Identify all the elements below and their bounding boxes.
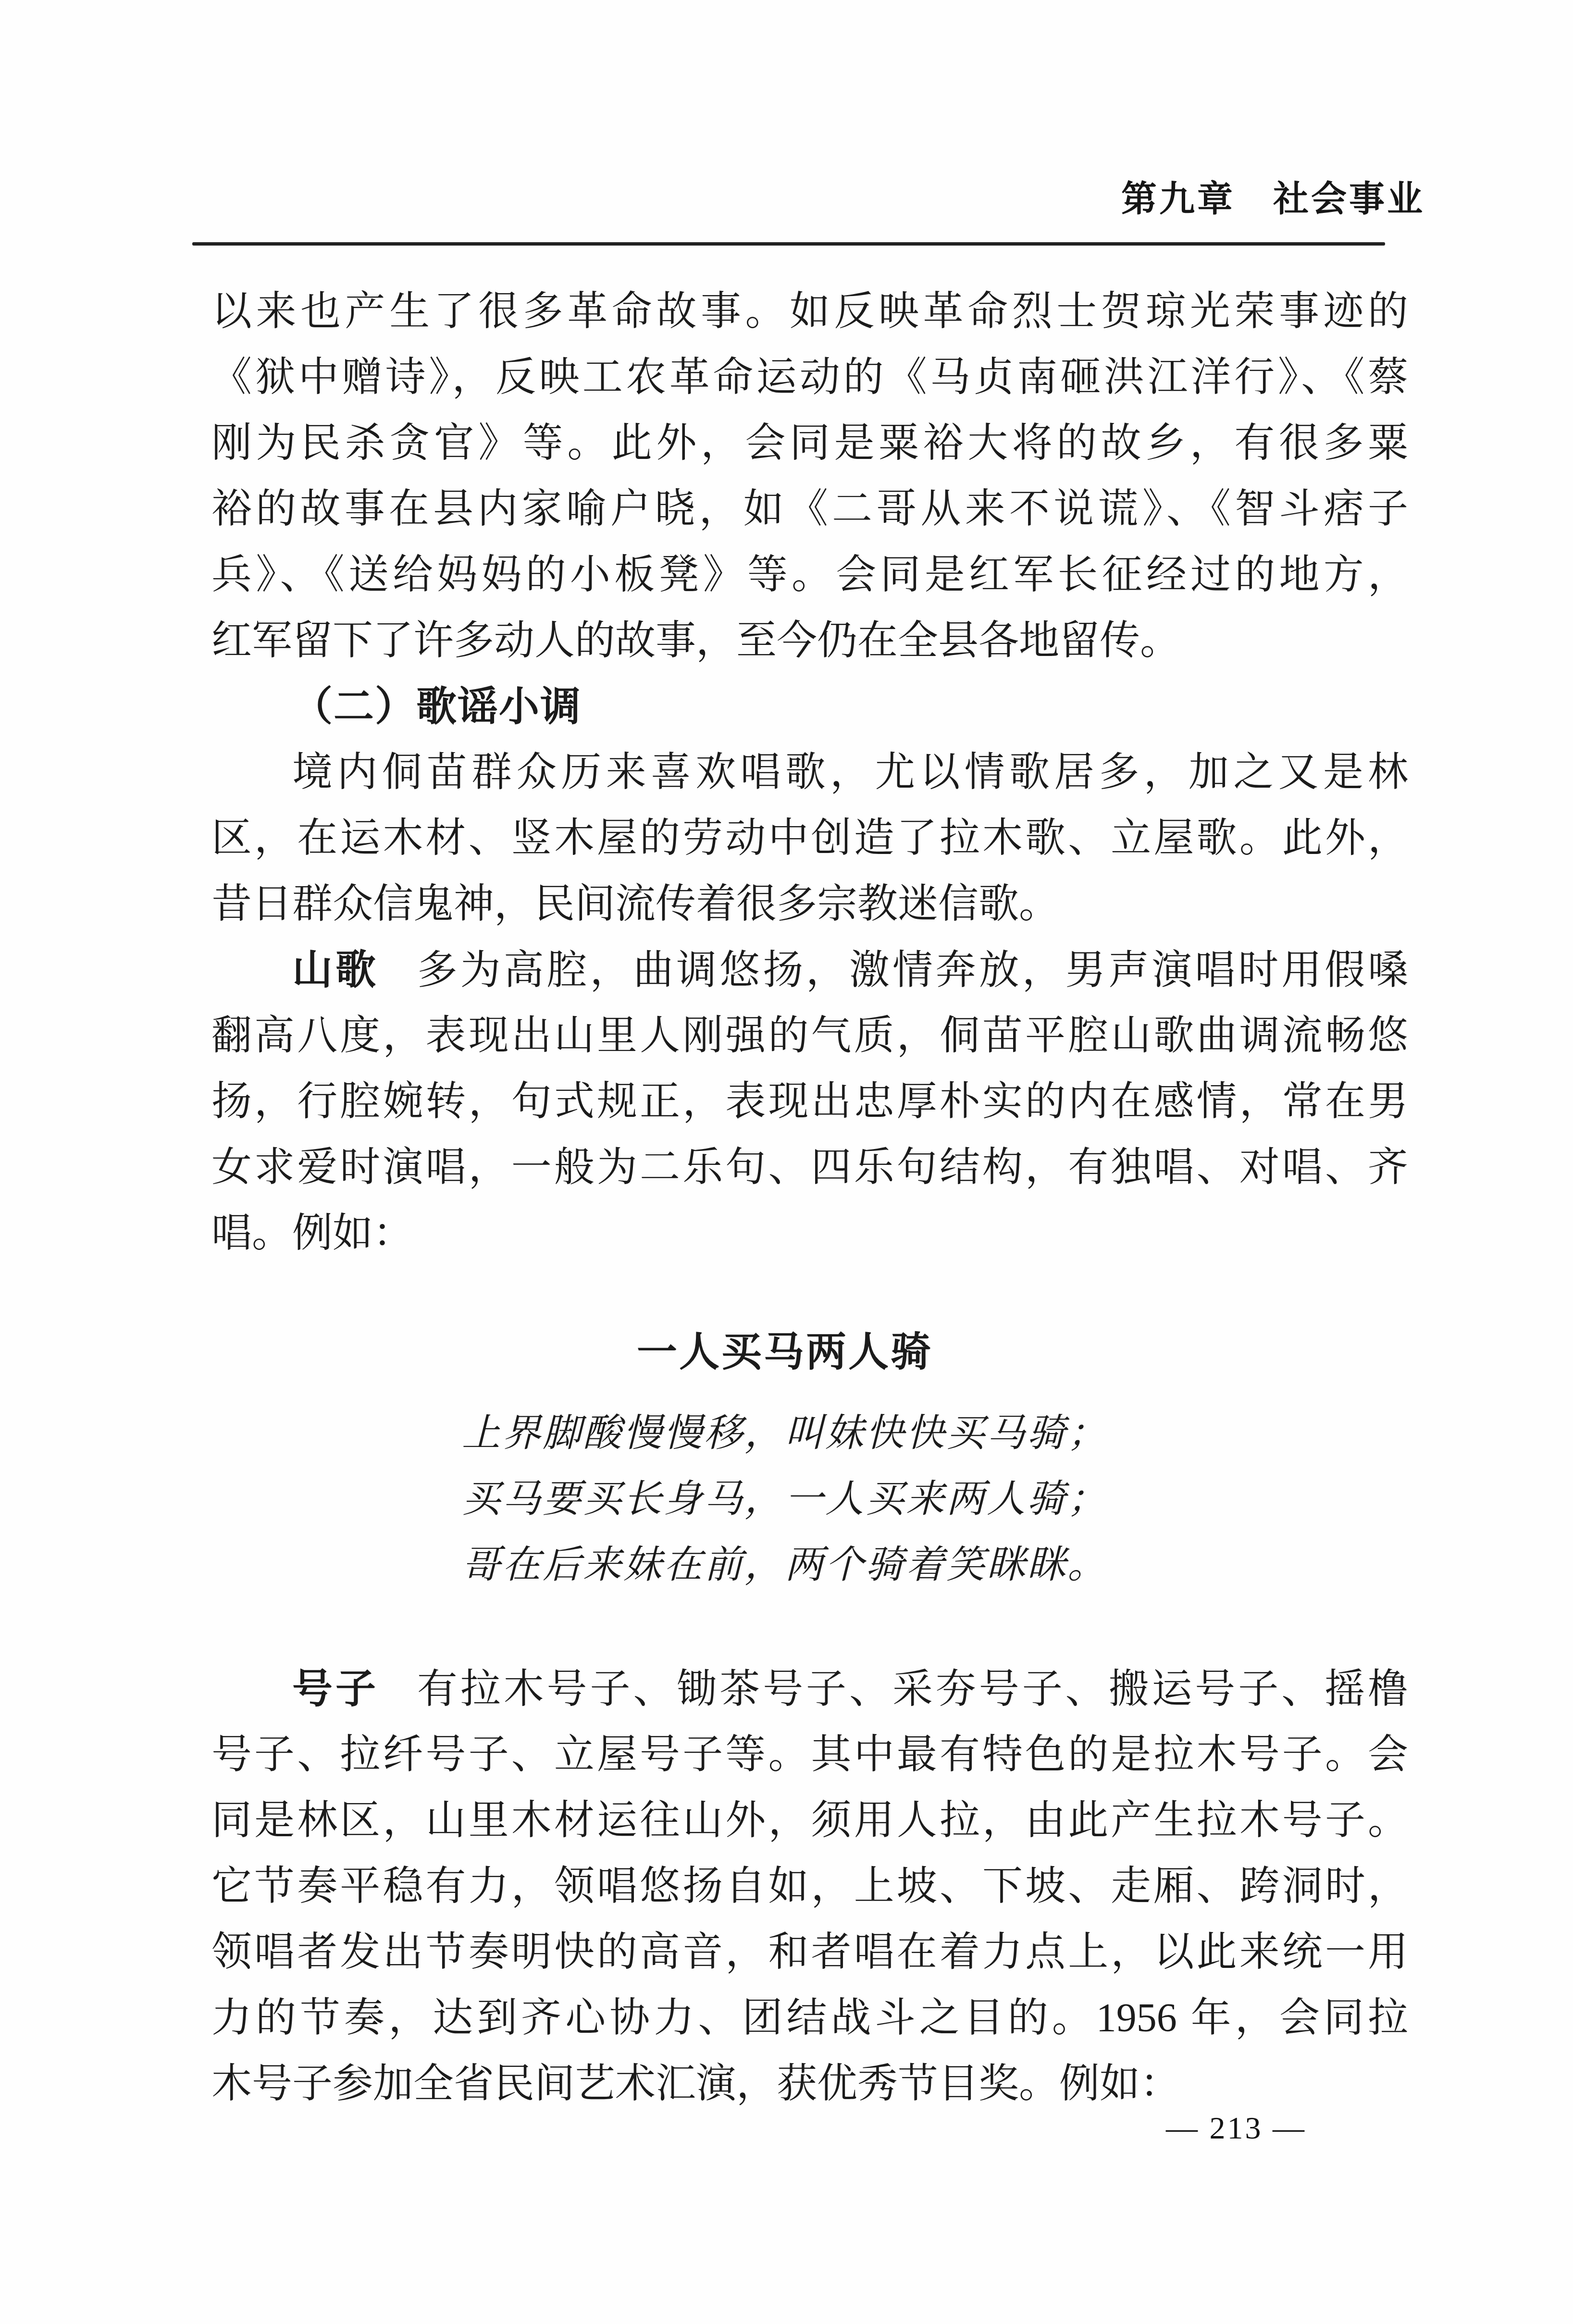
poem-line: 上界脚酸慢慢移，叫妹快快买马骑； bbox=[186, 1401, 1383, 1467]
text-line: 翻高八度，表现出山里人刚强的气质，侗苗平腔山歌曲调流畅悠 bbox=[211, 1003, 1408, 1069]
text-line: 以来也产生了很多革命故事。如反映革命烈士贺琼光荣事迹的 bbox=[211, 279, 1408, 345]
page-number: — 213 — bbox=[1102, 2113, 1371, 2144]
text-line: 兵》、《送给妈妈的小板凳》等。会同是红军长征经过的地方， bbox=[211, 542, 1408, 608]
section-heading: （二）歌谣小调 bbox=[211, 674, 1408, 740]
text-line: 它节奏平稳有力，领唱悠扬自如，上坡、下坡、走厢、跨洞时， bbox=[211, 1854, 1408, 1919]
text-line: 境内侗苗群众历来喜欢唱歌，尤以情歌居多，加之又是林 bbox=[211, 740, 1408, 805]
text-line: 红军留下了许多动人的故事，至今仍在全县各地留传。 bbox=[211, 608, 1408, 674]
text-line: 力的节奏，达到齐心协力、团结战斗之目的。1956 年，会同拉 bbox=[211, 1985, 1408, 2051]
book-page: 第九章 社会事业 以来也产生了很多革命故事。如反映革命烈士贺琼光荣事迹的 《狱中… bbox=[0, 0, 1573, 2324]
text-line: 号子、拉纤号子、立屋号子等。其中最有特色的是拉木号子。会 bbox=[211, 1722, 1408, 1788]
poem-line: 哥在后来妹在前，两个骑着笑眯眯。 bbox=[186, 1533, 1383, 1598]
text-line: 昔日群众信鬼神，民间流传着很多宗教迷信歌。 bbox=[211, 871, 1408, 937]
text-line: 裕的故事在县内家喻户晓，如《二哥从来不说谎》、《智斗痞子 bbox=[211, 476, 1408, 542]
poem-lines: 上界脚酸慢慢移，叫妹快快买马骑； 买马要买长身马，一人买来两人骑； 哥在后来妹在… bbox=[186, 1401, 1383, 1598]
text-line: 女求爱时演唱，一般为二乐句、四乐句结构，有独唱、对唱、齐 bbox=[211, 1135, 1408, 1200]
text-line: 同是林区，山里木材运往山外，须用人拉，由此产生拉木号子。 bbox=[211, 1788, 1408, 1854]
term-shange: 山歌 bbox=[292, 947, 379, 992]
text-line: 扬，行腔婉转，句式规正，表现出忠厚朴实的内在感情，常在男 bbox=[211, 1069, 1408, 1135]
header-rule bbox=[192, 242, 1385, 246]
text-line: 区，在运木材、竖木屋的劳动中创造了拉木歌、立屋歌。此外， bbox=[211, 805, 1408, 871]
text-line: 木号子参加全省民间艺术汇演，获优秀节目奖。例如： bbox=[211, 2051, 1408, 2117]
text-line: 号子有拉木号子、锄茶号子、采夯号子、搬运号子、摇橹 bbox=[211, 1656, 1408, 1722]
text-column: 以来也产生了很多革命故事。如反映革命烈士贺琼光荣事迹的 《狱中赠诗》，反映工农革… bbox=[211, 279, 1408, 2117]
text-line: 山歌多为高腔，曲调悠扬，激情奔放，男声演唱时用假嗓 bbox=[211, 937, 1408, 1003]
paragraph-shange: 山歌多为高腔，曲调悠扬，激情奔放，男声演唱时用假嗓 翻高八度，表现出山里人刚强的… bbox=[211, 937, 1408, 1266]
text-line: 《狱中赠诗》，反映工农革命运动的《马贞南砸洪江洋行》、《蔡 bbox=[211, 345, 1408, 410]
term-haozi: 号子 bbox=[292, 1666, 379, 1711]
text-run: 多为高腔，曲调悠扬，激情奔放，男声演唱时用假嗓 bbox=[417, 948, 1408, 993]
text-line: 刚为民杀贪官》等。此外，会同是粟裕大将的故乡，有很多粟 bbox=[211, 410, 1408, 476]
running-head: 第九章 社会事业 bbox=[1121, 182, 1425, 217]
text-run: 有拉木号子、锄茶号子、采夯号子、搬运号子、摇橹 bbox=[417, 1667, 1408, 1712]
text-line: 领唱者发出节奏明快的高音，和者唱在着力点上，以此来统一用 bbox=[211, 1919, 1408, 1985]
poem-line: 买马要买长身马，一人买来两人骑； bbox=[186, 1467, 1383, 1533]
poem-block: 一人买马两人骑 上界脚酸慢慢移，叫妹快快买马骑； 买马要买长身马，一人买来两人骑… bbox=[186, 1319, 1383, 1598]
paragraph-haozi: 号子有拉木号子、锄茶号子、采夯号子、搬运号子、摇橹 号子、拉纤号子、立屋号子等。… bbox=[211, 1656, 1408, 2117]
poem-title: 一人买马两人骑 bbox=[186, 1319, 1383, 1385]
paragraph-intro: 以来也产生了很多革命故事。如反映革命烈士贺琼光荣事迹的 《狱中赠诗》，反映工农革… bbox=[211, 279, 1408, 674]
text-line: 唱。例如： bbox=[211, 1200, 1408, 1266]
paragraph-geyao: 境内侗苗群众历来喜欢唱歌，尤以情歌居多，加之又是林 区，在运木材、竖木屋的劳动中… bbox=[211, 740, 1408, 937]
